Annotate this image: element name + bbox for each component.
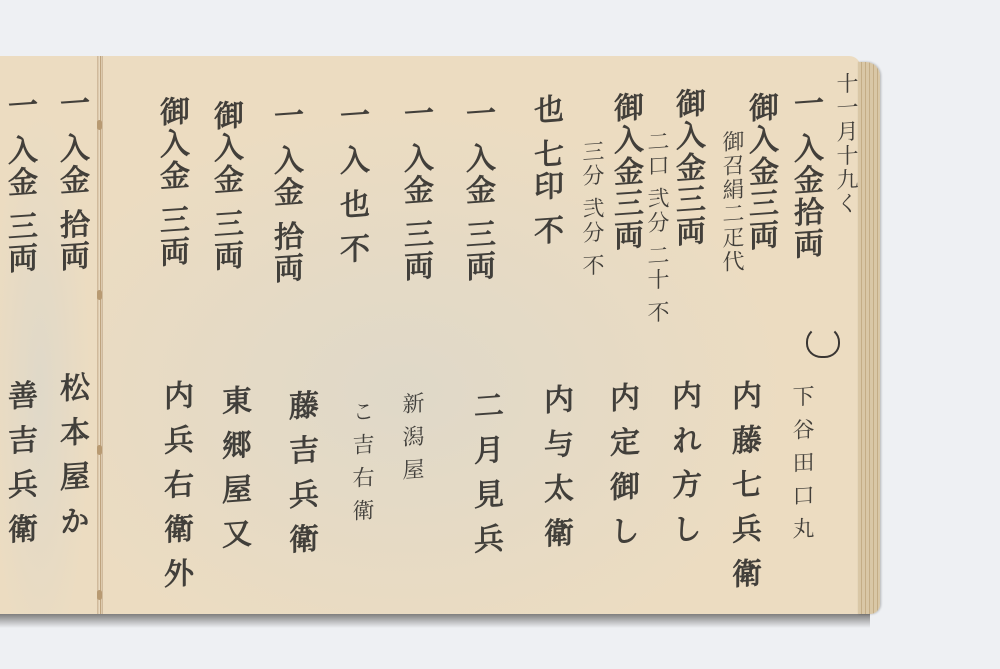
text-column: 一 入金 拾両 (270, 99, 300, 286)
text-column: 内 兵 右 衛 外 (160, 379, 190, 591)
text-column: 新 潟 屋 (400, 391, 422, 483)
text-column: 下 谷 田 口 丸 (790, 384, 812, 542)
text-column: 三分 弐分 不 (580, 139, 602, 279)
binding-stitch (97, 120, 102, 130)
text-column: 一 入金 三両 (462, 97, 492, 284)
binding-stitch (97, 445, 102, 455)
text-column: 善 吉 兵 衛 (4, 379, 34, 546)
text-column: 一 入 也 不 (336, 99, 366, 266)
text-column: 一 入金拾両 (790, 87, 820, 262)
binding-gutter (97, 56, 103, 614)
text-column: 二口 弐分 二十 不 (645, 129, 667, 326)
text-column: 東 郷 屋 又 (218, 384, 248, 551)
text-column: 内 藤 七 兵 衛 (728, 379, 758, 591)
text-column: 内 れ 方 し (668, 379, 698, 546)
text-column: 御入金三両 (672, 87, 702, 249)
text-column: 十一月十九く (834, 71, 856, 217)
text-column: 一 入金 三両 (400, 97, 430, 284)
text-column: 内 与 太 衛 (540, 383, 570, 550)
text-column: 御入金三両 (610, 91, 640, 253)
text-column: 也 七印 不 (530, 93, 560, 248)
book-shadow (0, 612, 870, 628)
seal-mark (806, 326, 840, 358)
text-column: 御入金三両 (745, 91, 775, 253)
text-column: 藤 吉 兵 衛 (285, 389, 315, 556)
binding-stitch (97, 290, 102, 300)
text-column: 二 月 見 兵 (470, 389, 500, 556)
text-column: こ 吉 右 衛 (350, 399, 372, 524)
binding-stitch (97, 590, 102, 600)
text-column: 内 定 御 し (606, 381, 636, 548)
page-edges (858, 62, 880, 614)
text-column: 松 本 屋 か (56, 371, 86, 538)
text-column: 一 入金 三両 (4, 89, 34, 276)
text-column: 御召絹二疋代 (720, 129, 742, 275)
text-column: 御入金 三両 (156, 95, 186, 270)
text-column: 一 入金 拾両 (56, 87, 86, 274)
text-column: 御入金 三両 (210, 99, 240, 274)
